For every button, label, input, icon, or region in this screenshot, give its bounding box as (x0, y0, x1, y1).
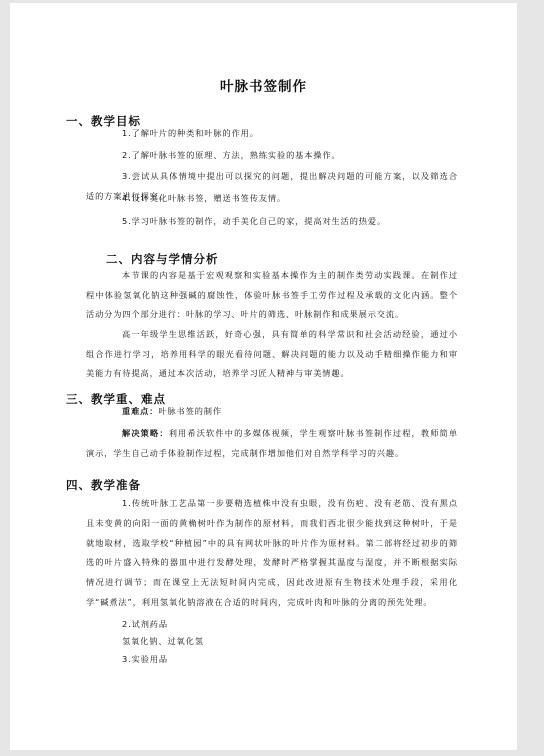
objective-item: 2.了解叶脉书签的原理、方法，熟练实验的基本操作。 (122, 146, 341, 166)
preparation-item: 3.实验用品 (122, 650, 168, 670)
strategy-label: 解决策略： (122, 428, 169, 438)
section-heading-preparation: 四、教学准备 (66, 477, 141, 493)
key-point-text: 叶脉书签的制作 (158, 406, 222, 416)
preparation-paragraph: 1.传统叶脉工艺品第一步要精选植株中没有虫眼，没有伤疤、没有老筋、没有黑点且未变… (86, 494, 458, 613)
objective-item: 5.学习叶脉书签的制作，动手美化自己的家，提高对生活的热爱。 (122, 212, 386, 232)
key-point-label: 重难点： (122, 406, 158, 416)
document-page: 叶脉书签制作 一、教学目标 1.了解叶片的种类和叶脉的作用。 2.了解叶脉书签的… (10, 3, 517, 750)
strategy-paragraph: 解决策略：利用希沃软件中的多媒体视频，学生观察叶脉书签制作过程，教师简单演示，学… (86, 424, 458, 463)
section-heading-analysis: 二、内容与学情分析 (106, 251, 219, 267)
preparation-text: 氢氧化钠、过氧化氢 (122, 632, 204, 652)
document-title: 叶脉书签制作 (10, 75, 517, 95)
analysis-paragraph: 高一年级学生思维活跃，好奇心强，具有简单的科学常识和社会活动经验，通过小组合作进… (86, 325, 458, 384)
analysis-paragraph: 本节课的内容是基于宏观观察和实验基本操作为主的制作类劳动实践课。在制作过程中体验… (86, 266, 458, 325)
objective-item: 4.设计美化叶脉书签，赠送书签传友情。 (122, 189, 286, 209)
objective-item: 1.了解叶片的种类和叶脉的作用。 (122, 124, 259, 144)
key-point-line: 重难点：叶脉书签的制作 (122, 402, 222, 422)
